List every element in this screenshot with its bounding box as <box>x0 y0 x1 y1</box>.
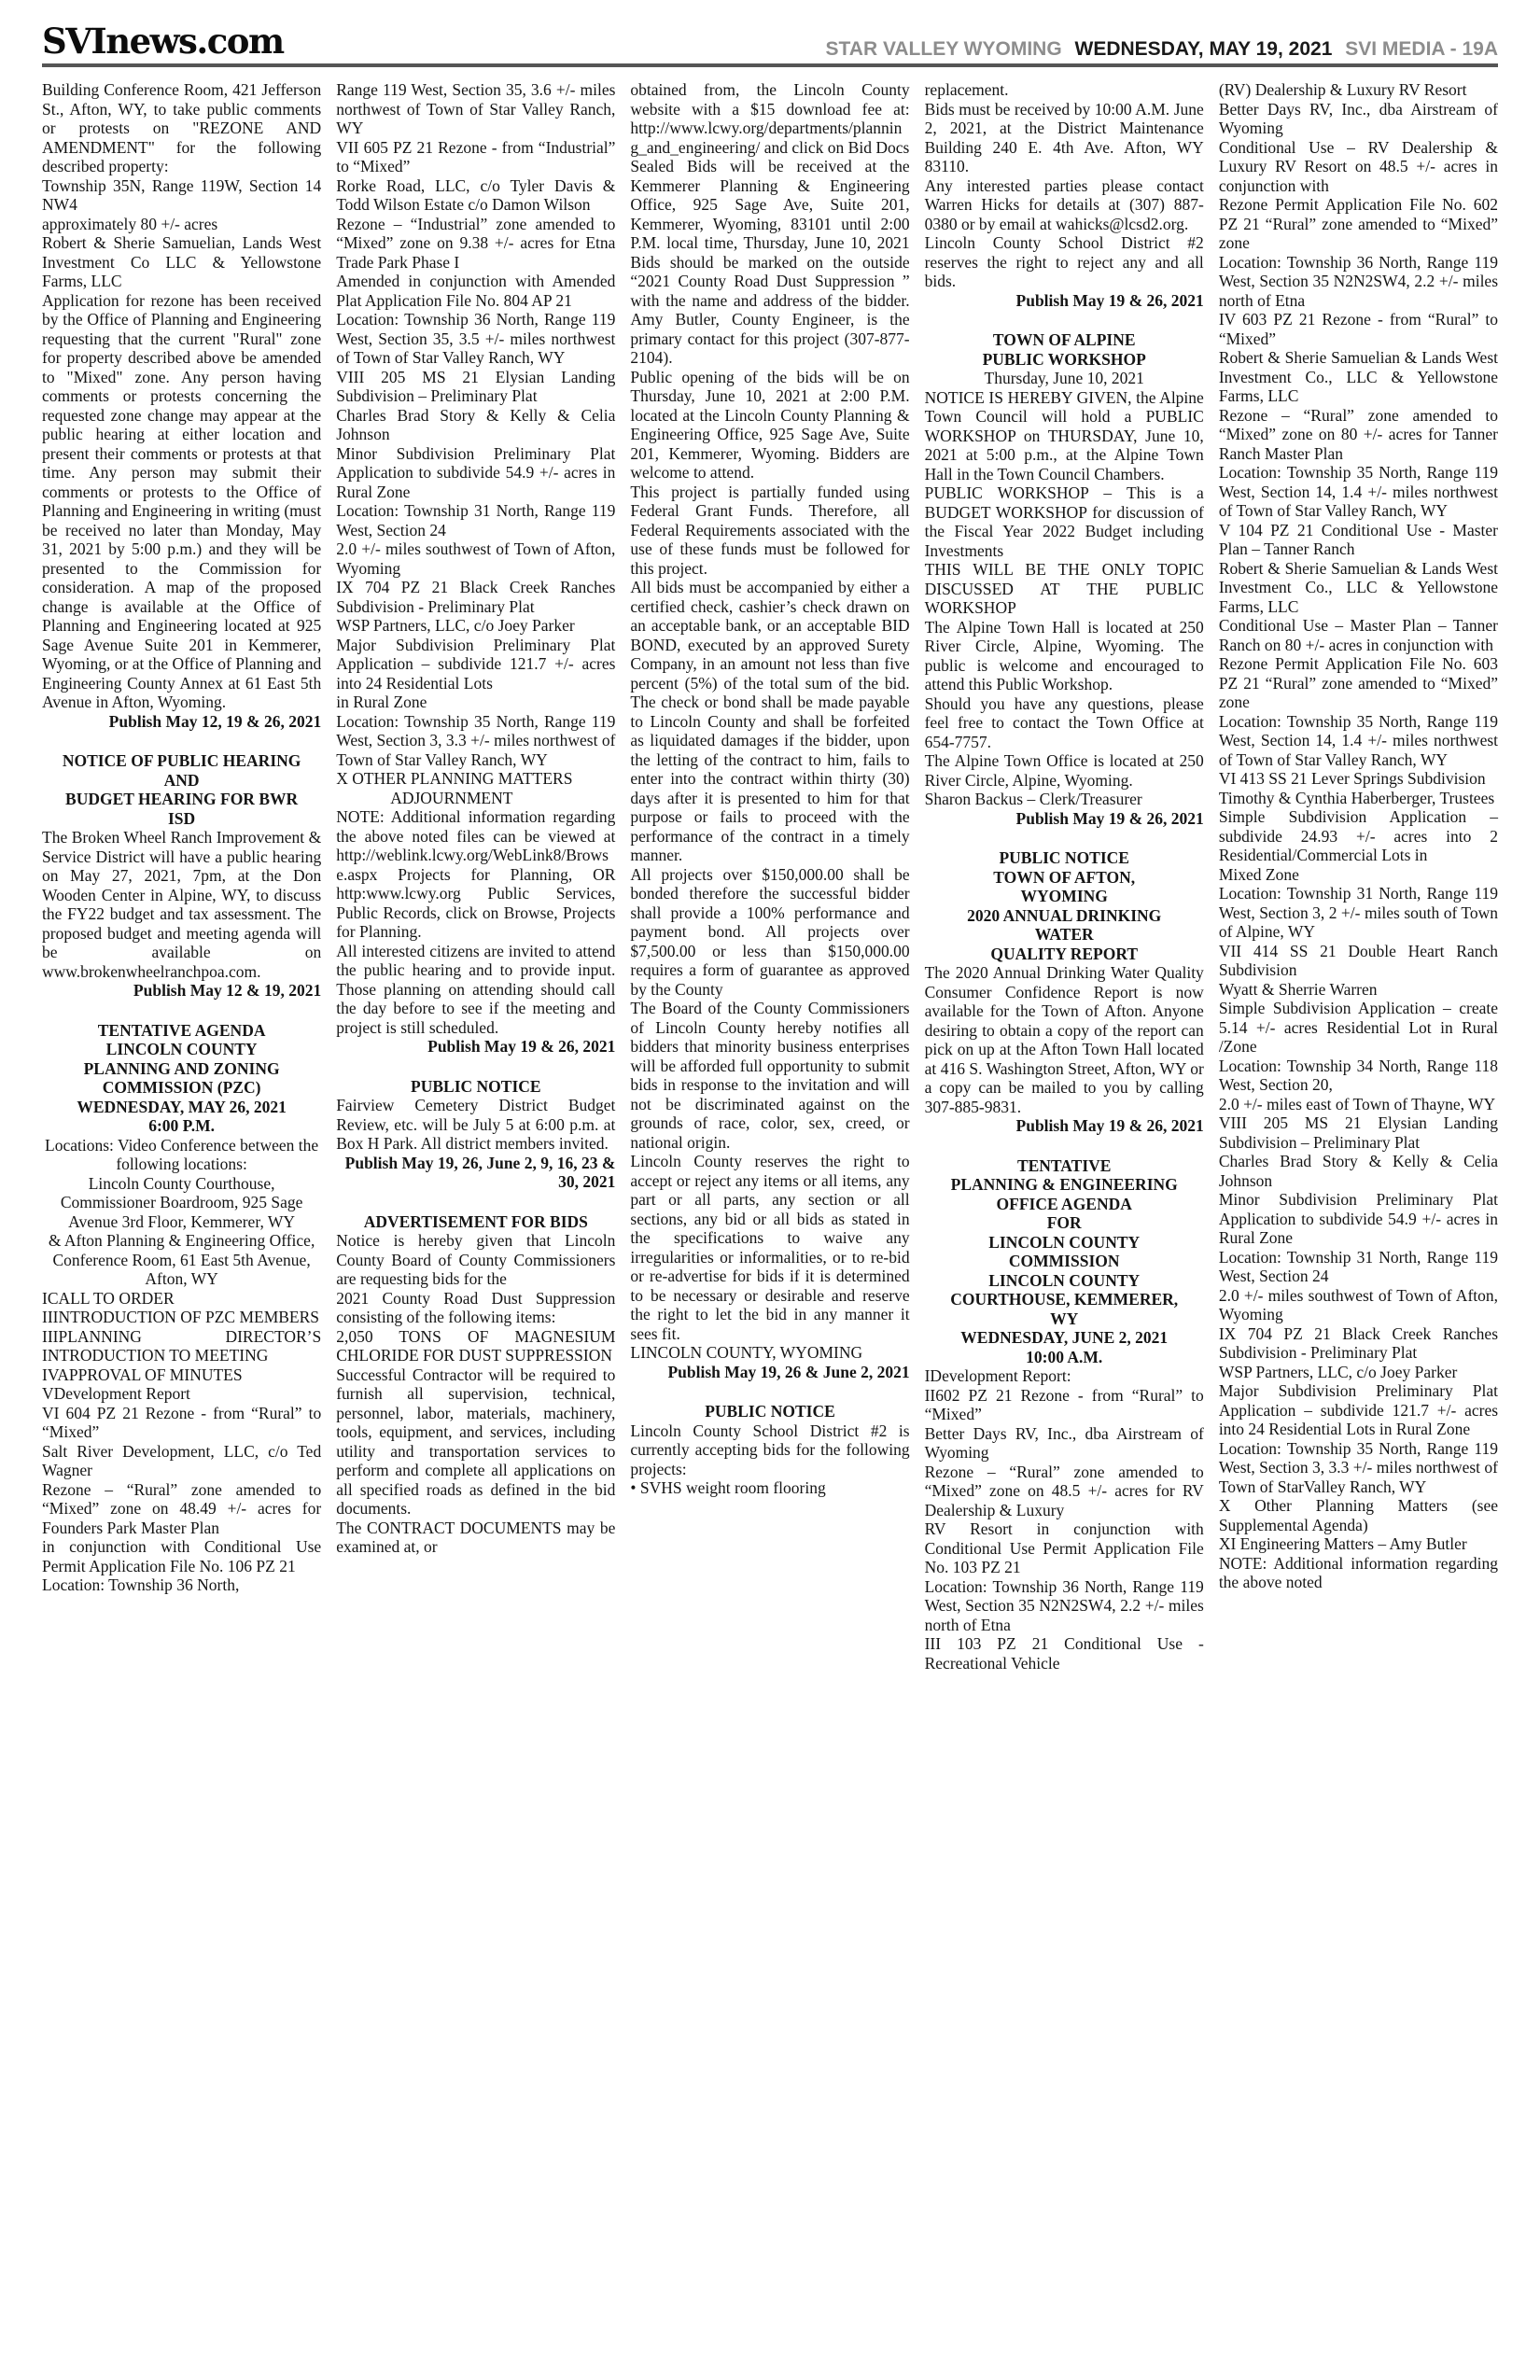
masthead: SVInews.com STAR VALLEY WYOMING WEDNESDA… <box>42 24 1498 67</box>
notice-paragraph: (RV) Dealership & Luxury RV Resort <box>1219 80 1498 100</box>
notice-paragraph: RV Resort in conjunction with Conditiona… <box>925 1519 1204 1577</box>
publish-line: Publish May 12 & 19, 2021 <box>42 981 321 1001</box>
notice-paragraph: VI 604 PZ 21 Rezone - from “Rural” to “M… <box>42 1404 321 1442</box>
notice-paragraph: Charles Brad Story & Kelly & Celia Johns… <box>336 406 615 444</box>
notice-paragraph: Township 35N, Range 119W, Section 14 NW4 <box>42 176 321 215</box>
notice-heading: TENTATIVE PLANNING & ENGINEERING OFFICE … <box>925 1156 1204 1367</box>
notice-paragraph: Location: Township 35 North, Range 119 W… <box>1219 712 1498 770</box>
notice-paragraph: ICALL TO ORDER <box>42 1289 321 1309</box>
notice-paragraph: NOTE: Additional information regarding t… <box>1219 1554 1498 1592</box>
notice-paragraph: 2.0 +/- miles southwest of Town of Afton… <box>1219 1286 1498 1324</box>
notice-paragraph: The Broken Wheel Ranch Improvement & Ser… <box>42 828 321 981</box>
notice-paragraph: V 104 PZ 21 Conditional Use - Master Pla… <box>1219 521 1498 559</box>
notice-paragraph: The CONTRACT DOCUMENTS may be examined a… <box>336 1519 615 1557</box>
notice-heading: NOTICE OF PUBLIC HEARING AND BUDGET HEAR… <box>42 751 321 828</box>
notice-paragraph: All projects over $150,000.00 shall be b… <box>630 865 909 1000</box>
indented-line: ADJOURNMENT <box>336 789 615 808</box>
notice-paragraph: WSP Partners, LLC, c/o Joey Parker <box>1219 1363 1498 1382</box>
notice-paragraph: Location: Township 31 North, Range 119 W… <box>336 501 615 539</box>
notice-paragraph: NOTICE IS HEREBY GIVEN, the Alpine Town … <box>925 388 1204 484</box>
notice-paragraph: Timothy & Cynthia Haberberger, Trustees <box>1219 789 1498 808</box>
notice-paragraph: IDevelopment Report: <box>925 1366 1204 1386</box>
notice-heading: PUBLIC NOTICE <box>336 1077 615 1097</box>
notice-heading: TOWN OF ALPINE PUBLIC WORKSHOP <box>925 330 1204 369</box>
notice-paragraph: Sealed Bids will be received at the Kemm… <box>630 157 909 368</box>
notice-paragraph: All interested citizens are invited to a… <box>336 942 615 1038</box>
notice-paragraph: Location: Township 36 North, Range 119 W… <box>1219 253 1498 311</box>
notice-paragraph: Rezone – “Rural” zone amended to “Mixed”… <box>925 1463 1204 1520</box>
notice-paragraph: IX 704 PZ 21 Black Creek Ranches Subdivi… <box>1219 1324 1498 1363</box>
notice-paragraph: Major Subdivision Preliminary Plat Appli… <box>1219 1381 1498 1439</box>
notice-paragraph: • SVHS weight room flooring <box>630 1478 909 1498</box>
notice-paragraph: Robert & Sherie Samuelian, Lands West In… <box>42 233 321 291</box>
notice-paragraph: Salt River Development, LLC, c/o Ted Wag… <box>42 1442 321 1480</box>
notice-paragraph: THIS WILL BE THE ONLY TOPIC DISCUSSED AT… <box>925 560 1204 618</box>
notice-paragraph: VI 413 SS 21 Lever Springs Subdivision <box>1219 769 1498 789</box>
notice-paragraph: IV 603 PZ 21 Rezone - from “Rural” to “M… <box>1219 310 1498 348</box>
notice-paragraph: Simple Subdivision Application – create … <box>1219 999 1498 1057</box>
notice-paragraph: obtained from, the Lincoln County websit… <box>630 80 909 157</box>
notice-paragraph: Charles Brad Story & Kelly & Celia Johns… <box>1219 1152 1498 1190</box>
notice-heading: ADVERTISEMENT FOR BIDS <box>336 1212 615 1232</box>
notice-paragraph: Sharon Backus – Clerk/Treasurer <box>925 790 1204 809</box>
legal-notices-columns: Building Conference Room, 421 Jefferson … <box>42 80 1498 1673</box>
notice-paragraph: VII 414 SS 21 Double Heart Ranch Subdivi… <box>1219 942 1498 980</box>
notice-paragraph: Better Days RV, Inc., dba Airstream of W… <box>925 1424 1204 1463</box>
notice-paragraph: Location: Township 35 North, Range 119 W… <box>336 712 615 770</box>
notice-paragraph: in conjunction with Conditional Use Perm… <box>42 1537 321 1575</box>
notice-paragraph: Public opening of the bids will be on Th… <box>630 368 909 483</box>
notice-paragraph: IX 704 PZ 21 Black Creek Ranches Subdivi… <box>336 578 615 616</box>
centered-text: Locations: Video Conference between the … <box>42 1136 321 1289</box>
notice-paragraph: Range 119 West, Section 35, 3.6 +/- mile… <box>336 80 615 138</box>
notice-paragraph: Rezone Permit Application File No. 602 P… <box>1219 195 1498 253</box>
notice-paragraph: VII 605 PZ 21 Rezone - from “Industrial”… <box>336 138 615 176</box>
notice-paragraph: NOTE: Additional information regarding t… <box>336 807 615 942</box>
notice-paragraph: This project is partially funded using F… <box>630 483 909 579</box>
publish-line: Publish May 19 & 26, 2021 <box>925 291 1204 311</box>
notice-paragraph: The Alpine Town Hall is located at 250 R… <box>925 618 1204 694</box>
notice-paragraph: Rezone – “Rural” zone amended to “Mixed”… <box>42 1480 321 1538</box>
notice-paragraph: LINCOLN COUNTY, WYOMING <box>630 1343 909 1363</box>
publish-line: Publish May 19 & 26, 2021 <box>925 1116 1204 1136</box>
notice-paragraph: Location: Township 34 North, Range 118 W… <box>1219 1057 1498 1095</box>
notice-paragraph: Notice is hereby given that Lincoln Coun… <box>336 1231 615 1289</box>
notice-paragraph: Location: Township 35 North, Range 119 W… <box>1219 1439 1498 1497</box>
notice-paragraph: The Alpine Town Office is located at 250… <box>925 751 1204 790</box>
notice-paragraph: Rezone – “Industrial” zone amended to “M… <box>336 215 615 273</box>
notice-paragraph: All bids must be accompanied by either a… <box>630 578 909 865</box>
notice-paragraph: X Other Planning Matters (see Supplement… <box>1219 1496 1498 1534</box>
column-2: Range 119 West, Section 35, 3.6 +/- mile… <box>336 80 615 1673</box>
notice-paragraph: Lincoln County School District #2 is cur… <box>630 1421 909 1479</box>
notice-paragraph: Robert & Sherie Samuelian & Lands West I… <box>1219 348 1498 406</box>
notice-paragraph: Should you have any questions, please fe… <box>925 694 1204 752</box>
column-3: obtained from, the Lincoln County websit… <box>630 80 909 1673</box>
notice-paragraph: replacement. <box>925 80 1204 100</box>
column-1: Building Conference Room, 421 Jefferson … <box>42 80 321 1673</box>
publish-line: Publish May 19 & 26, 2021 <box>336 1037 615 1057</box>
notice-paragraph: WSP Partners, LLC, c/o Joey Parker <box>336 616 615 636</box>
notice-paragraph: Rezone Permit Application File No. 603 P… <box>1219 654 1498 712</box>
notice-paragraph: The 2020 Annual Drinking Water Quality C… <box>925 963 1204 1116</box>
notice-paragraph: Fairview Cemetery District Budget Review… <box>336 1096 615 1154</box>
notice-paragraph: VDevelopment Report <box>42 1384 321 1404</box>
publish-line: Publish May 19 & 26, 2021 <box>925 809 1204 829</box>
notice-paragraph: Amended in conjunction with Amended Plat… <box>336 272 615 310</box>
masthead-brand: SVInews.com <box>42 24 284 59</box>
notice-paragraph: XI Engineering Matters – Amy Butler <box>1219 1534 1498 1554</box>
notice-paragraph: Lincoln County reserves the right to acc… <box>630 1152 909 1343</box>
notice-paragraph: Location: Township 36 North, Range 119 W… <box>336 310 615 368</box>
notice-paragraph: VIII 205 MS 21 Elysian Landing Subdivisi… <box>1219 1113 1498 1152</box>
notice-paragraph: Rorke Road, LLC, c/o Tyler Davis & Todd … <box>336 176 615 215</box>
masthead-region: STAR VALLEY WYOMING <box>826 38 1062 60</box>
notice-paragraph: Location: Township 36 North, Range 119 W… <box>925 1577 1204 1635</box>
notice-paragraph: Location: Township 31 North, Range 119 W… <box>1219 1248 1498 1286</box>
notice-paragraph: Simple Subdivision Application – subdivi… <box>1219 807 1498 865</box>
notice-paragraph: II602 PZ 21 Rezone - from “Rural” to “Mi… <box>925 1386 1204 1424</box>
notice-heading: PUBLIC NOTICE <box>630 1402 909 1421</box>
publish-line: Publish May 19, 26, June 2, 9, 16, 23 & … <box>336 1154 615 1192</box>
notice-paragraph: The Board of the County Commissioners of… <box>630 999 909 1152</box>
notice-paragraph: Location: Township 36 North, <box>42 1575 321 1595</box>
notice-heading: PUBLIC NOTICE TOWN OF AFTON, WYOMING 202… <box>925 848 1204 963</box>
notice-paragraph: IIIPLANNING DIRECTOR’S INTRODUCTION TO M… <box>42 1327 321 1365</box>
notice-paragraph: Mixed Zone <box>1219 865 1498 885</box>
column-4: replacement.Bids must be received by 10:… <box>925 80 1204 1673</box>
notice-paragraph: Wyatt & Sherrie Warren <box>1219 980 1498 1000</box>
newspaper-page: SVInews.com STAR VALLEY WYOMING WEDNESDA… <box>0 0 1540 2380</box>
notice-paragraph: Major Subdivision Preliminary Plat Appli… <box>336 636 615 693</box>
notice-paragraph: Location: Township 35 North, Range 119 W… <box>1219 463 1498 521</box>
notice-paragraph: 2021 County Road Dust Suppression consis… <box>336 1289 615 1327</box>
notice-paragraph: Minor Subdivision Preliminary Plat Appli… <box>1219 1190 1498 1248</box>
notice-paragraph: 2.0 +/- miles east of Town of Thayne, WY <box>1219 1095 1498 1114</box>
notice-paragraph: Better Days RV, Inc., dba Airstream of W… <box>1219 100 1498 138</box>
notice-paragraph: Rezone – “Rural” zone amended to “Mixed”… <box>1219 406 1498 464</box>
masthead-date: WEDNESDAY, MAY 19, 2021 <box>1075 38 1333 60</box>
notice-paragraph: IIINTRODUCTION OF PZC MEMBERS <box>42 1308 321 1327</box>
centered-text: Thursday, June 10, 2021 <box>925 369 1204 388</box>
notice-paragraph: Conditional Use – RV Dealership & Luxury… <box>1219 138 1498 196</box>
notice-paragraph: Location: Township 31 North, Range 119 W… <box>1219 884 1498 942</box>
notice-paragraph: X OTHER PLANNING MATTERS <box>336 769 615 789</box>
notice-paragraph: Successful Contractor will be required t… <box>336 1365 615 1519</box>
publish-line: Publish May 12, 19 & 26, 2021 <box>42 712 321 732</box>
notice-paragraph: approximately 80 +/- acres <box>42 215 321 234</box>
notice-paragraph: III 103 PZ 21 Conditional Use - Recreati… <box>925 1634 1204 1673</box>
notice-paragraph: Building Conference Room, 421 Jefferson … <box>42 80 321 176</box>
notice-paragraph: Application for rezone has been received… <box>42 291 321 712</box>
notice-paragraph: Conditional Use – Master Plan – Tanner R… <box>1219 616 1498 654</box>
notice-paragraph: Any interested parties please contact Wa… <box>925 176 1204 234</box>
masthead-right: STAR VALLEY WYOMING WEDNESDAY, MAY 19, 2… <box>819 39 1499 59</box>
notice-heading: TENTATIVE AGENDA LINCOLN COUNTY PLANNING… <box>42 1021 321 1136</box>
notice-paragraph: Minor Subdivision Preliminary Plat Appli… <box>336 444 615 502</box>
notice-paragraph: IVAPPROVAL OF MINUTES <box>42 1365 321 1385</box>
notice-paragraph: Bids must be received by 10:00 A.M. June… <box>925 100 1204 176</box>
notice-paragraph: VIII 205 MS 21 Elysian Landing Subdivisi… <box>336 368 615 406</box>
notice-paragraph: Lincoln County School District #2 reserv… <box>925 233 1204 291</box>
masthead-page-label: SVI MEDIA - 19A <box>1345 38 1498 60</box>
notice-paragraph: in Rural Zone <box>336 693 615 712</box>
notice-paragraph: 2,050 TONS OF MAGNESIUM CHLORIDE FOR DUS… <box>336 1327 615 1365</box>
notice-paragraph: Robert & Sherie Samuelian & Lands West I… <box>1219 559 1498 617</box>
notice-paragraph: 2.0 +/- miles southwest of Town of Afton… <box>336 539 615 578</box>
publish-line: Publish May 19, 26 & June 2, 2021 <box>630 1363 909 1382</box>
notice-paragraph: PUBLIC WORKSHOP – This is a BUDGET WORKS… <box>925 483 1204 560</box>
column-5: (RV) Dealership & Luxury RV ResortBetter… <box>1219 80 1498 1673</box>
